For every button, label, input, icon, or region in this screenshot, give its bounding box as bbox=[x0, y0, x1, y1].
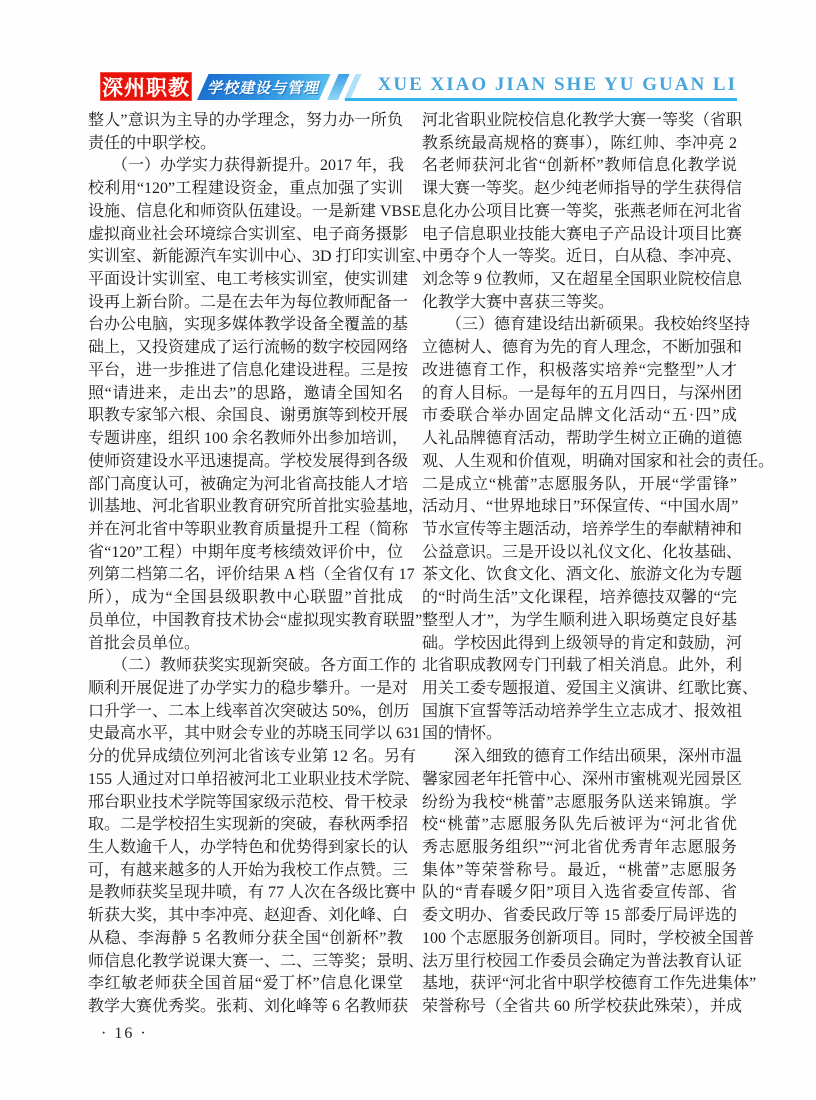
page-header: 深州职教 学校建设与管理 XUE XIAO JIAN SHE YU GUAN L… bbox=[0, 0, 816, 110]
text-line: 河北省职业院校信息化教学大赛一等奖（省职 bbox=[422, 110, 737, 133]
text-line: 部门高度认可，被确定为河北省高技能人才培 bbox=[88, 474, 403, 497]
text-line: 李红敏老师获全国首届“爱丁杯”信息化课堂 bbox=[88, 973, 403, 996]
text-line: 教学大赛优秀奖。张莉、刘化峰等 6 名教师获 bbox=[88, 996, 403, 1019]
text-line: 训基地、河北省职业教育研究所首批实验基地， bbox=[88, 496, 403, 519]
text-line: 台办公电脑，实现多媒体教学设备全覆盖的基 bbox=[88, 314, 403, 337]
text-line: 础。学校因此得到上级领导的肯定和鼓励，河 bbox=[422, 633, 737, 656]
text-line: 荣誉称号（全省共 60 所学校获此殊荣），并成 bbox=[422, 996, 737, 1019]
text-line: 队的“青春暖夕阳”项目入选省委宣传部、省 bbox=[422, 882, 737, 905]
text-line: 史最高水平，其中财会专业的苏晓玉同学以 631 bbox=[88, 723, 403, 746]
text-line: 校“桃蕾”志愿服务队先后被评为“河北省优 bbox=[422, 814, 737, 837]
text-line: 实训室、新能源汽车实训中心、3D 打印实训室、 bbox=[88, 246, 403, 269]
text-line: 化教学大赛中喜获三等奖。 bbox=[422, 292, 737, 315]
text-line: 纷纷为我校“桃蕾”志愿服务队送来锦旗。学 bbox=[422, 792, 737, 815]
text-line: 公益意识。三是开设以礼仪文化、化妆基础、 bbox=[422, 542, 737, 565]
text-line: 责任的中职学校。 bbox=[88, 133, 403, 156]
text-line: 深入细致的德育工作结出硕果，深州市温 bbox=[422, 746, 737, 769]
text-line: 课大赛一等奖。赵少纯老师指导的学生获得信 bbox=[422, 178, 737, 201]
text-line: 人礼品牌德育活动，帮助学生树立正确的道德 bbox=[422, 428, 737, 451]
text-line: 虚拟商业社会环境综合实训室、电子商务摄影 bbox=[88, 224, 403, 247]
document-page: 深州职教 学校建设与管理 XUE XIAO JIAN SHE YU GUAN L… bbox=[0, 0, 816, 1100]
text-line: 节水宣传等主题活动，培养学生的奉献精神和 bbox=[422, 519, 737, 542]
text-line: 的育人目标。一是每年的五月四日，与深州团 bbox=[422, 383, 737, 406]
text-line: 邢台职业技术学院等国家级示范校、骨干校录 bbox=[88, 792, 403, 815]
text-line: 从稳、李海静 5 名教师分获全国“创新杯”教 bbox=[88, 928, 403, 951]
text-line: 职教专家邹六根、余国良、谢勇旗等到校开展 bbox=[88, 405, 403, 428]
text-line: 国旗下宣誓等活动培养学生立志成才、报效祖 bbox=[422, 701, 737, 724]
text-line: 茶文化、饮食文化、酒文化、旅游文化为专题 bbox=[422, 564, 737, 587]
text-column-left: 整人”意识为主导的办学理念，努力办一所负责任的中职学校。 （一）办学实力获得新提… bbox=[88, 110, 403, 1019]
text-line: 法万里行校园工作委员会确定为普法教育认证 bbox=[422, 951, 737, 974]
text-line: 员单位，中国教育技术协会“虚拟现实教育联盟” bbox=[88, 610, 403, 633]
text-line: 照“请进来，走出去”的思路，邀请全国知名 bbox=[88, 383, 403, 406]
text-line: 设施、信息化和师资队伍建设。一是新建 VBSE bbox=[88, 201, 403, 224]
text-line: 改进德育工作，积极落实培养“完整型”人才 bbox=[422, 360, 737, 383]
text-line: 可，有越来越多的人开始为我校工作点赞。三 bbox=[88, 860, 403, 883]
text-line: 是教师获奖呈现井喷，有 77 人次在各级比赛中 bbox=[88, 882, 403, 905]
text-line: 刘念等 9 位教师，又在超星全国职业院校信息 bbox=[422, 269, 737, 292]
text-line: 电子信息职业技能大赛电子产品设计项目比赛 bbox=[422, 224, 737, 247]
text-line: 口升学一、二本上线率首次突破达 50%，创历 bbox=[88, 701, 403, 724]
section-title-pinyin: XUE XIAO JIAN SHE YU GUAN LI bbox=[378, 74, 737, 96]
text-line: 中勇夺个人一等奖。近日，白从稳、李冲亮、 bbox=[422, 246, 737, 269]
text-line: （三）德育建设结出新硕果。我校始终坚持 bbox=[422, 314, 737, 337]
text-line: 顺利开展促进了办学实力的稳步攀升。一是对 bbox=[88, 678, 403, 701]
text-line: 二是成立“桃蕾”志愿服务队，开展“学雷锋” bbox=[422, 474, 737, 497]
section-title-chinese: 学校建设与管理 bbox=[207, 77, 319, 98]
text-line: 列第二档第二名，评价结果 A 档（全省仅有 17 bbox=[88, 564, 403, 587]
text-line: 集体”等荣誉称号。最近，“桃蕾”志愿服务 bbox=[422, 860, 737, 883]
text-line: 100 个志愿服务创新项目。同时，学校被全国普 bbox=[422, 928, 737, 951]
text-line: 整人”意识为主导的办学理念，努力办一所负 bbox=[88, 110, 403, 133]
text-line: 155 人通过对口单招被河北工业职业技术学院、 bbox=[88, 769, 403, 792]
text-line: 用关工委专题报道、爱国主义演讲、红歌比赛、 bbox=[422, 678, 737, 701]
text-line: 师信息化教学说课大赛一、二、三等奖；景明、 bbox=[88, 951, 403, 974]
text-line: （二）教师获奖实现新突破。各方面工作的 bbox=[88, 655, 403, 678]
text-line: 平台，进一步推进了信息化建设进程。三是按 bbox=[88, 360, 403, 383]
text-line: 生人数逾千人，办学特色和优势得到家长的认 bbox=[88, 837, 403, 860]
text-line: 并在河北省中等职业教育质量提升工程（简称 bbox=[88, 519, 403, 542]
text-line: （一）办学实力获得新提升。2017 年，我 bbox=[88, 155, 403, 178]
text-line: 校利用“120”工程建设资金，重点加强了实训 bbox=[88, 178, 403, 201]
text-line: 设再上新台阶。二是在去年为每位教师配备一 bbox=[88, 292, 403, 315]
article-body: 整人”意识为主导的办学理念，努力办一所负责任的中职学校。 （一）办学实力获得新提… bbox=[88, 110, 737, 1019]
text-line: 首批会员单位。 bbox=[88, 633, 403, 656]
text-line: 使师资建设水平迅速提高。学校发展得到各级 bbox=[88, 451, 403, 474]
text-line: 专题讲座，组织 100 余名教师外出参加培训， bbox=[88, 428, 403, 451]
text-line: 平面设计实训室、电工考核实训室，使实训建 bbox=[88, 269, 403, 292]
text-line: 省“120”工程）中期年度考核绩效评价中，位 bbox=[88, 542, 403, 565]
header-underline-rule bbox=[345, 98, 737, 101]
text-line: 委文明办、省委民政厅等 15 部委厅局评选的 bbox=[422, 905, 737, 928]
text-line: 础上，又投资建成了运行流畅的数字校园网络 bbox=[88, 337, 403, 360]
text-line: 的“时尚生活”文化课程，培养德技双馨的“完 bbox=[422, 587, 737, 610]
page-number: · 16 · bbox=[101, 1025, 148, 1043]
text-line: 市委联合举办固定品牌文化活动“五·四”成 bbox=[422, 405, 737, 428]
text-line: 所），成为“全国县级职教中心联盟”首批成 bbox=[88, 587, 403, 610]
text-line: 立德树人、德育为先的育人理念，不断加强和 bbox=[422, 337, 737, 360]
text-line: 国的情怀。 bbox=[422, 723, 737, 746]
text-column-right: 河北省职业院校信息化教学大赛一等奖（省职教系统最高规格的赛事），陈红帅、李冲亮 … bbox=[422, 110, 737, 1019]
text-line: 整型人才”，为学生顺利进入职场奠定良好基 bbox=[422, 610, 737, 633]
text-line: 活动月、“世界地球日”环保宣传、“中国水周” bbox=[422, 496, 737, 519]
text-line: 馨家园老年托管中心、深州市蜜桃观光园景区 bbox=[422, 769, 737, 792]
text-line: 北省职成教网专门刊载了相关消息。此外，利 bbox=[422, 655, 737, 678]
text-line: 斩获大奖，其中李冲亮、赵迎香、刘化峰、白 bbox=[88, 905, 403, 928]
text-line: 名老师获河北省“创新杯”教师信息化教学说 bbox=[422, 155, 737, 178]
text-line: 教系统最高规格的赛事），陈红帅、李冲亮 2 bbox=[422, 133, 737, 156]
text-line: 分的优异成绩位列河北省该专业第 12 名。另有 bbox=[88, 746, 403, 769]
text-line: 秀志愿服务组织”“河北省优秀青年志愿服务 bbox=[422, 837, 737, 860]
text-line: 观、人生观和价值观，明确对国家和社会的责任。 bbox=[422, 451, 737, 474]
text-line: 息化办公项目比赛一等奖，张燕老师在河北省 bbox=[422, 201, 737, 224]
text-line: 取。二是学校招生实现新的突破，春秋两季招 bbox=[88, 814, 403, 837]
text-line: 基地，获评“河北省中职学校德育工作先进集体” bbox=[422, 973, 737, 996]
journal-name-badge: 深州职教 bbox=[100, 72, 192, 101]
